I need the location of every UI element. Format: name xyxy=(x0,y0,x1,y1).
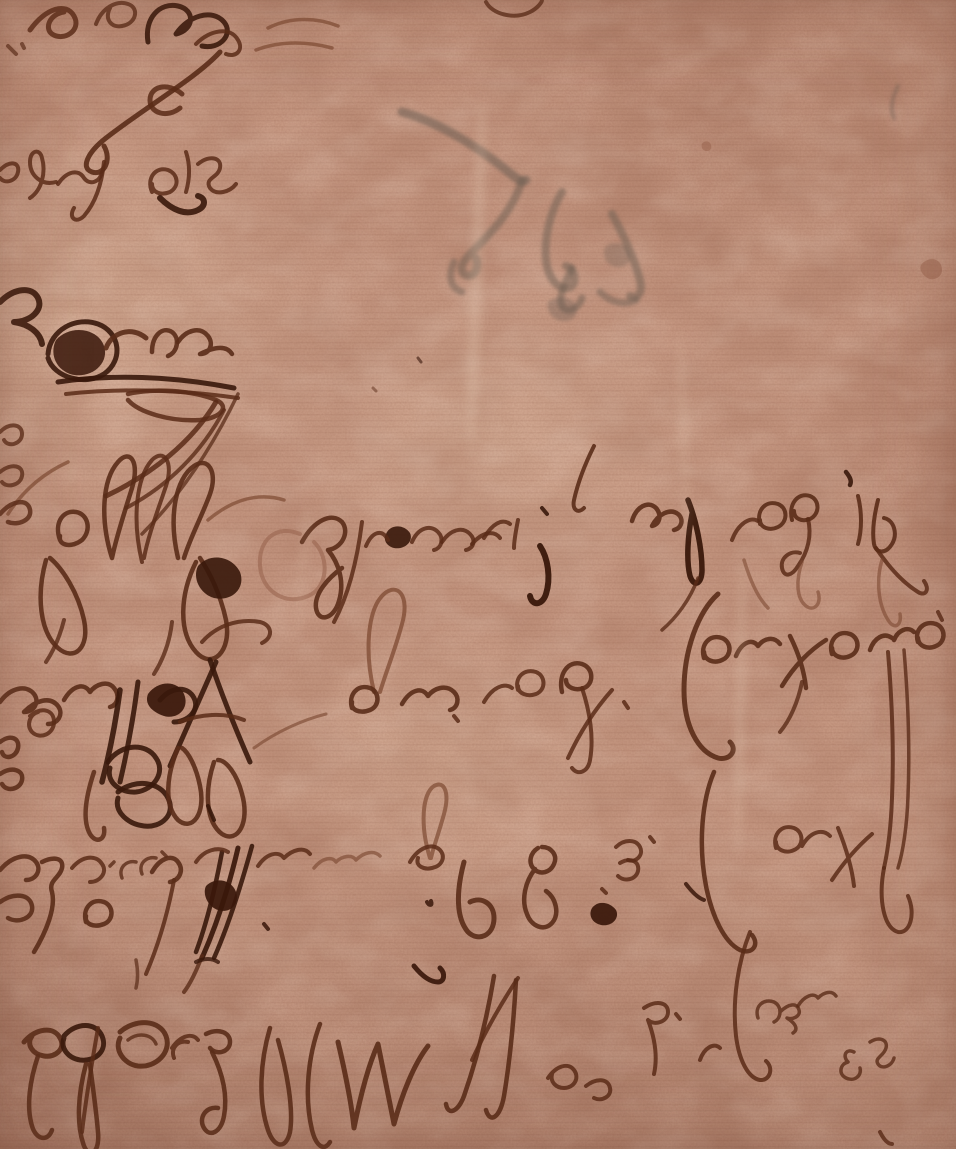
paper-crease-2 xyxy=(676,330,690,540)
paper-crease-3 xyxy=(733,560,746,860)
paper-crease-1 xyxy=(466,95,488,455)
paper-crease-4 xyxy=(295,500,311,640)
paper-crease-layer xyxy=(0,0,956,1149)
manuscript-page-photo xyxy=(0,0,956,1149)
